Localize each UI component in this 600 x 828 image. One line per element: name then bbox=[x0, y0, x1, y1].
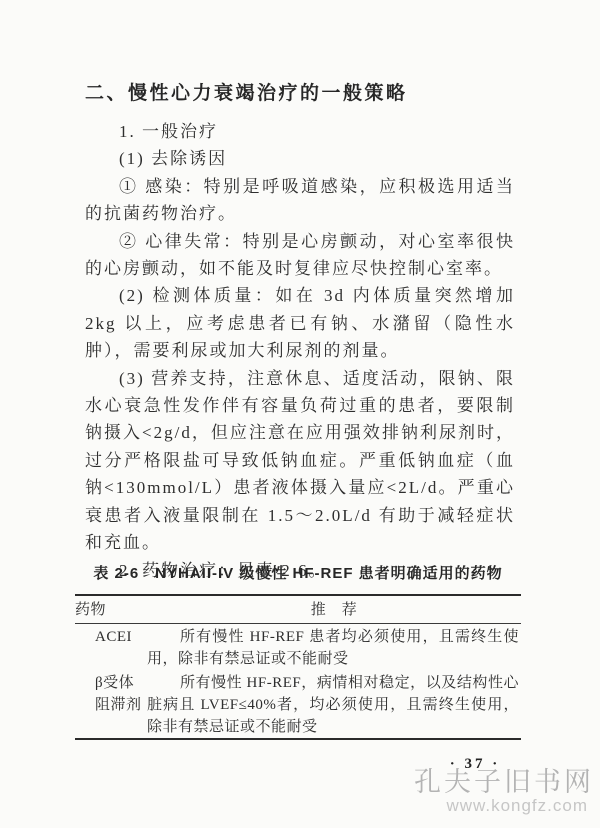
article-text-block: 二、慢性心力衰竭治疗的一般策略 1. 一般治疗 (1) 去除诱因 ① 感染：特别… bbox=[85, 80, 515, 584]
column-header-drug: 药物 bbox=[75, 595, 147, 624]
column-header-recommendation: 推 荐 bbox=[147, 595, 521, 624]
table-row-acei: ACEI 所有慢性 HF-REF 患者均必须使用，且需终生使用，除非有禁忌证或不… bbox=[75, 624, 521, 671]
drug-name-cell: ACEI bbox=[75, 624, 147, 671]
recommendation-cell: 所有慢性 HF-REF 患者均必须使用，且需终生使用，除非有禁忌证或不能耐受 bbox=[147, 624, 521, 671]
watermark-url-text: www.kongfz.com bbox=[414, 796, 588, 816]
paragraph-general-treatment: 1. 一般治疗 bbox=[85, 118, 515, 145]
scanned-book-page: 二、慢性心力衰竭治疗的一般策略 1. 一般治疗 (1) 去除诱因 ① 感染：特别… bbox=[0, 0, 600, 828]
section-heading: 二、慢性心力衰竭治疗的一般策略 bbox=[85, 80, 515, 108]
page-number: · 37 · bbox=[430, 756, 520, 773]
paragraph-arrhythmia: ② 心律失常：特别是心房颤动，对心室率很快的心房颤动，如不能及时复律应尽快控制心… bbox=[85, 228, 515, 283]
paragraph-infection: ① 感染：特别是呼吸道感染，应积极选用适当的抗菌药物治疗。 bbox=[85, 173, 515, 228]
paragraph-remove-causes: (1) 去除诱因 bbox=[85, 145, 515, 172]
paragraph-body-weight: (2) 检测体质量：如在 3d 内体质量突然增加 2kg 以上，应考虑患者已有钠… bbox=[85, 282, 515, 364]
drug-table: 药物 推 荐 ACEI 所有慢性 HF-REF 患者均必须使用，且需终生使用，除… bbox=[75, 594, 521, 740]
watermark: 孔夫子旧书网 www.kongfz.com bbox=[414, 768, 594, 816]
table-row-beta-blocker: β受体阻滞剂 所有慢性 HF-REF，病情相对稳定，以及结构性心脏病且 LVEF… bbox=[75, 670, 521, 739]
drug-table-block: 表 2-6 NYHAII-IV 级慢性 HF-REF 患者明确适用的药物 药物 … bbox=[75, 562, 521, 740]
table-title: 表 2-6 NYHAII-IV 级慢性 HF-REF 患者明确适用的药物 bbox=[75, 562, 521, 586]
drug-name-cell: β受体阻滞剂 bbox=[75, 670, 147, 739]
table-header-row: 药物 推 荐 bbox=[75, 595, 521, 624]
paragraph-nutrition-support: (3) 营养支持，注意休息、适度活动，限钠、限水心衰急性发作伴有容量负荷过重的患… bbox=[85, 365, 515, 557]
recommendation-cell: 所有慢性 HF-REF，病情相对稳定，以及结构性心脏病且 LVEF≤40%者，均… bbox=[147, 670, 521, 739]
